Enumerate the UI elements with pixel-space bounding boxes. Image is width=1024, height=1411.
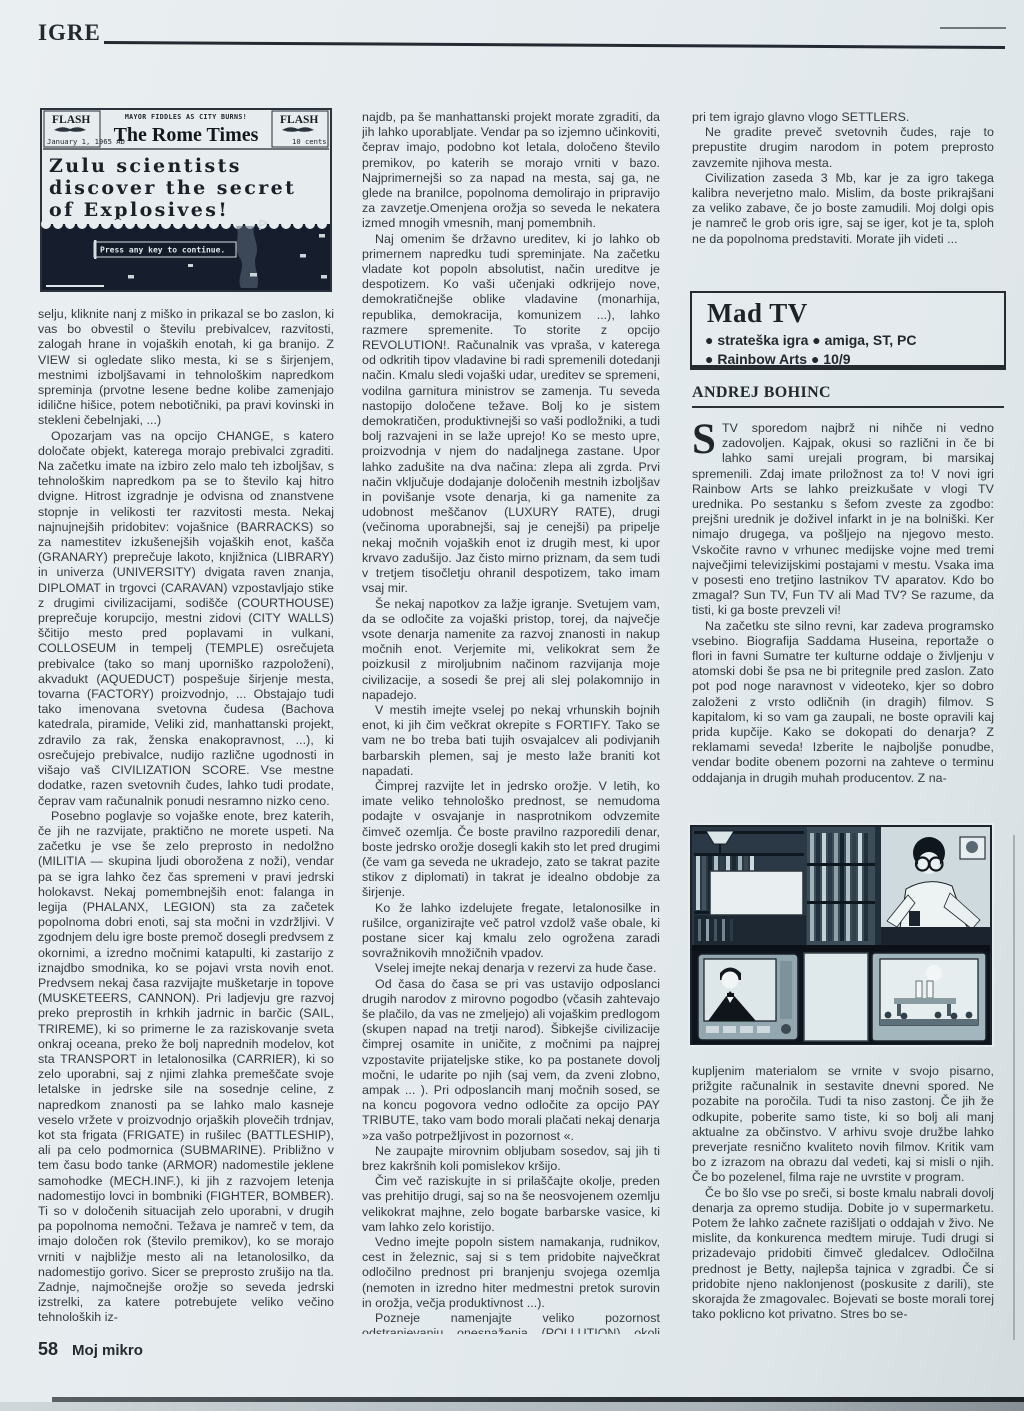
map-shore-line bbox=[46, 285, 104, 287]
flash-right-label: FLASH bbox=[280, 114, 318, 126]
madtv-screenshot-image bbox=[688, 823, 994, 1047]
paragraph: Od časa do časa se pri vas ustavijo odpo… bbox=[362, 977, 660, 1144]
blank-panel bbox=[804, 953, 868, 1041]
paragraph: STV sporedom najbrž ni nihče ni vedno za… bbox=[692, 421, 994, 619]
article-column-left: selju, kliknite nanj z miško in prikazal… bbox=[38, 307, 334, 1335]
paragraph: Posebno poglavje so vojaške enote, brez … bbox=[38, 809, 334, 1326]
paragraph: selju, kliknite nanj z miško in prikazal… bbox=[38, 307, 334, 429]
paragraph: Če bo šlo vse po sreči, si boste kmalu n… bbox=[692, 1186, 994, 1323]
paragraph: V mestih imejte vselej po nekaj vrhunski… bbox=[362, 703, 660, 779]
paragraph: Še nekaj napotkov za lažje igranje. Svet… bbox=[362, 597, 660, 703]
page-footer: 58Moj mikro bbox=[38, 1339, 143, 1360]
prompt-text: Press any key to continue. bbox=[100, 245, 225, 255]
review-info-box: Mad TV ● strateška igra ● amiga, ST, PC … bbox=[690, 291, 1006, 370]
newspaper-kicker: MAYOR FIDDLES AS CITY BURNS! bbox=[125, 113, 247, 121]
author-rule bbox=[692, 406, 1004, 408]
intro-text: TV sporedom najbrž ni nihče ni vedno zad… bbox=[692, 421, 994, 617]
civilization-screenshot: FLASH FLASH MAYOR FIDDLES AS CITY BURNS!… bbox=[40, 108, 332, 292]
dropcap-letter: S bbox=[692, 423, 716, 457]
newspaper-masthead: The Rome Times bbox=[114, 124, 259, 146]
review-title: Mad TV bbox=[707, 298, 1004, 329]
madtv-article-bottom: kupljenim materialom se vrnite v svojo p… bbox=[692, 1064, 994, 1336]
paragraph: pri tem igrajo glavno vlogo SETTLERS. bbox=[692, 110, 994, 125]
page-edge-artifact bbox=[940, 27, 1006, 29]
paragraph: Naj omenim še državno ureditev, ki jo la… bbox=[362, 232, 660, 597]
paragraph: najdb, pa še manhattanski projekt morate… bbox=[362, 110, 660, 232]
article-column-middle: najdb, pa še manhattanski projekt morate… bbox=[362, 110, 660, 1334]
page-edge-artifact bbox=[1013, 835, 1015, 1340]
page-bottom-shadow bbox=[0, 1402, 1024, 1411]
paragraph: Opozarjam vas na opcijo CHANGE, s katero… bbox=[38, 429, 334, 809]
paragraph: Čimprej razvijte let in jedrsko orožje. … bbox=[362, 779, 660, 901]
review-meta-line1: ● strateška igra ● amiga, ST, PC bbox=[705, 331, 1004, 350]
tv-monitor-left bbox=[698, 954, 798, 1040]
paragraph: Pozneje namenjajte veliko pozornost odst… bbox=[362, 1311, 660, 1334]
civilization-screenshot-image: FLASH FLASH MAYOR FIDDLES AS CITY BURNS!… bbox=[40, 108, 332, 292]
magazine-name: Moj mikro bbox=[72, 1342, 143, 1359]
page-number: 58 bbox=[38, 1339, 58, 1359]
paragraph: Na začetku ste silno revni, kar zadeva p… bbox=[692, 619, 994, 786]
bookshelf-middle bbox=[807, 827, 875, 945]
header-rule bbox=[104, 41, 1005, 49]
magazine-page: IGRE FLASH FLASH MAYOR FIDDLES AS CITY B… bbox=[0, 0, 1024, 1411]
paragraph: kupljenim materialom se vrnite v svojo p… bbox=[692, 1064, 994, 1186]
newspaper-headline-line1: Zulu scientists bbox=[49, 155, 242, 177]
tv-monitor-right bbox=[872, 953, 986, 1041]
madtv-pre-image-paragraphs: Na začetku ste silno revni, kar zadeva p… bbox=[692, 619, 994, 786]
paragraph: Ne zaupajte mirovnim obljubam sosedov, s… bbox=[362, 1144, 660, 1174]
madtv-screenshot bbox=[688, 823, 994, 1047]
flash-left-label: FLASH bbox=[52, 114, 90, 126]
article-column-right-top: pri tem igrajo glavno vlogo SETTLERS.Ne … bbox=[692, 110, 994, 288]
newspaper-date: January 1, 1965 AD bbox=[47, 137, 125, 146]
whiteboard bbox=[710, 871, 803, 915]
madtv-article-top: STV sporedom najbrž ni nihče ni vedno za… bbox=[692, 421, 994, 819]
author-byline: ANDREJ BOHINC bbox=[692, 384, 831, 402]
newspaper-headline-line2: discover the secret bbox=[49, 177, 296, 199]
newspaper-price: 10 cents bbox=[292, 137, 327, 146]
paragraph: Ko že lahko izdelujete fregate, letalono… bbox=[362, 901, 660, 962]
paragraph: Civilization zaseda 3 Mb, kar je za igro… bbox=[692, 171, 994, 247]
paragraph: Vedno imejte popoln sistem namakanja, ru… bbox=[362, 1235, 660, 1311]
review-meta-line2: ● Rainbow Arts ● 10/9 bbox=[705, 350, 1004, 369]
newspaper-headline-line3: of Explosives! bbox=[49, 199, 229, 221]
paragraph: Vselej imejte nekaj denarja v rezervi za… bbox=[362, 961, 660, 976]
paragraph: Ne gradite preveč svetovnih čudes, raje … bbox=[692, 125, 994, 171]
section-label: IGRE bbox=[38, 20, 101, 46]
paragraph: Čim več raziskujte in si prilaščajte oko… bbox=[362, 1174, 660, 1235]
